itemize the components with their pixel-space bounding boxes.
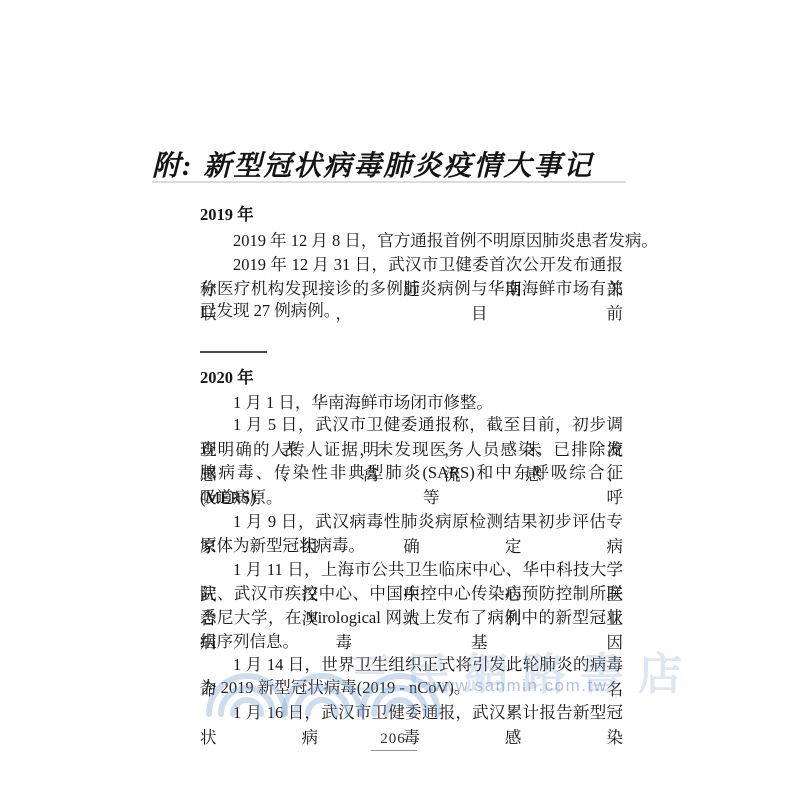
body-line: 2019 年 12 月 8 日，官方通报首例不明原因肺炎患者发病。 (200, 228, 623, 253)
page-title-prefix: 附: (152, 151, 193, 182)
book-page: 附:新型冠状病毒肺炎疫情大事记 2019 年 2019 年 12 月 8 日，官… (0, 0, 800, 800)
section-heading-2019: 2019 年 (200, 202, 623, 227)
section-divider (200, 351, 267, 353)
title-underline (152, 181, 626, 183)
body-line: 组序列信息。 (200, 629, 623, 654)
page-number: 206 (353, 731, 433, 748)
page-title-text: 新型冠状病毒肺炎疫情大事记 (203, 151, 593, 182)
body-line: 已发现 27 例病例。 (200, 298, 623, 323)
section-heading-2020: 2020 年 (200, 365, 623, 390)
page-title: 附:新型冠状病毒肺炎疫情大事记 (152, 144, 712, 184)
body-line: 吸道病原。 (200, 485, 623, 510)
body-line: 为 2019 新型冠状病毒(2019 - nCoV)。 (200, 675, 623, 700)
page-number-rule (371, 750, 417, 751)
body-line: 原体为新型冠状病毒。 (200, 533, 623, 558)
